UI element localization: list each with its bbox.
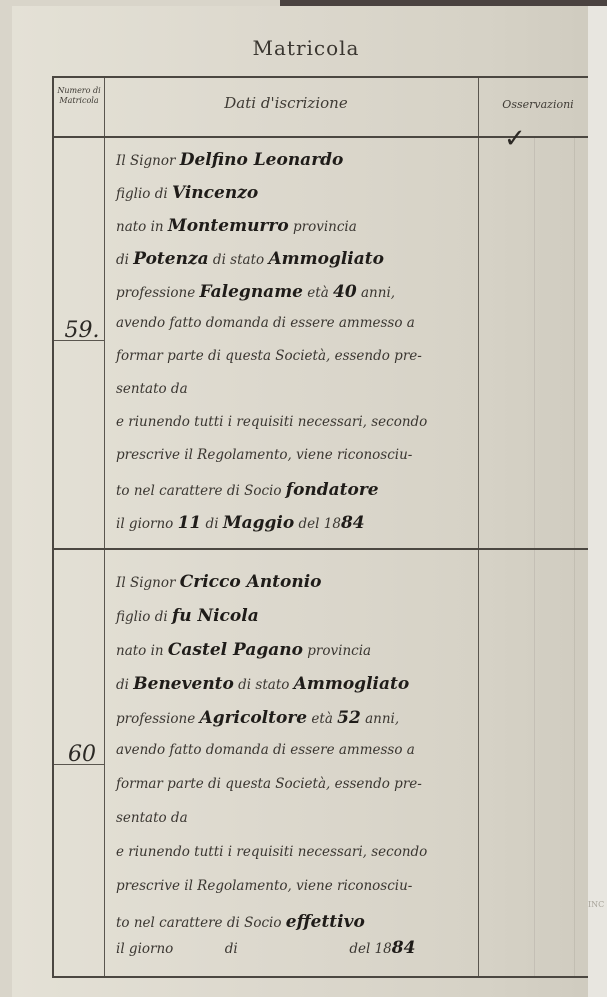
entry-line: Il Signor Delfino Leonardo — [116, 150, 478, 170]
grid-line — [574, 138, 575, 976]
page-title: Matricola — [12, 36, 600, 60]
entry-line: il giorno 11 di Maggio del 1884 — [116, 513, 478, 533]
entry-line: Il Signor Cricco Antonio — [116, 572, 478, 592]
entry-number: 60 — [62, 742, 102, 767]
header-osservazioni: Osservazioni — [478, 98, 598, 111]
entry-line: professione Agricoltore età 52 anni, — [116, 708, 478, 728]
entry-line: professione Falegname età 40 anni, — [116, 282, 478, 302]
register-page: Matricola Numero di Matricola Dati d'isc… — [12, 6, 600, 997]
entry-line: nato in Montemurro provincia — [116, 216, 478, 236]
entry-number: 59. — [62, 318, 102, 343]
grid-line — [534, 138, 535, 976]
entry-line: avendo fatto domanda di essere ammesso a — [116, 742, 478, 758]
header-dati: Dati d'iscrizione — [106, 94, 466, 112]
margin-mark: INC — [588, 900, 604, 909]
entry-line: avendo fatto domanda di essere ammesso a — [116, 315, 478, 331]
entry-line: formar parte di questa Società, essendo … — [116, 348, 478, 364]
page-edge — [588, 6, 607, 997]
entry-line: formar parte di questa Società, essendo … — [116, 776, 478, 792]
entry-line: e riunendo tutti i requisiti necessari, … — [116, 844, 478, 860]
entry-line: di Benevento di stato Ammogliato — [116, 674, 478, 694]
entry-line: e riunendo tutti i requisiti necessari, … — [116, 414, 478, 430]
entry-divider — [54, 548, 600, 550]
register-table: Numero di Matricola Dati d'iscrizione Os… — [52, 76, 602, 978]
entry-line: sentato da — [116, 810, 478, 826]
checkmark-icon: ✓ — [504, 124, 526, 154]
entry-line: sentato da — [116, 381, 478, 397]
entry-line: prescrive il Regolamento, viene riconosc… — [116, 878, 478, 894]
entry-line: figlio di Vincenzo — [116, 183, 478, 203]
col-divider-osservazioni — [478, 78, 479, 976]
entry-line: figlio di fu Nicola — [116, 606, 478, 626]
col-divider-numero — [104, 78, 105, 976]
entry-line: di Potenza di stato Ammogliato — [116, 249, 478, 269]
entry-line: to nel carattere di Socio effettivo — [116, 912, 478, 932]
entry-line: to nel carattere di Socio fondatore — [116, 480, 478, 500]
entry-line: prescrive il Regolamento, viene riconosc… — [116, 447, 478, 463]
entry-line: il giorno di del 1884 — [116, 938, 478, 958]
entry-line: nato in Castel Pagano provincia — [116, 640, 478, 660]
header-numero: Numero di Matricola — [54, 86, 104, 106]
